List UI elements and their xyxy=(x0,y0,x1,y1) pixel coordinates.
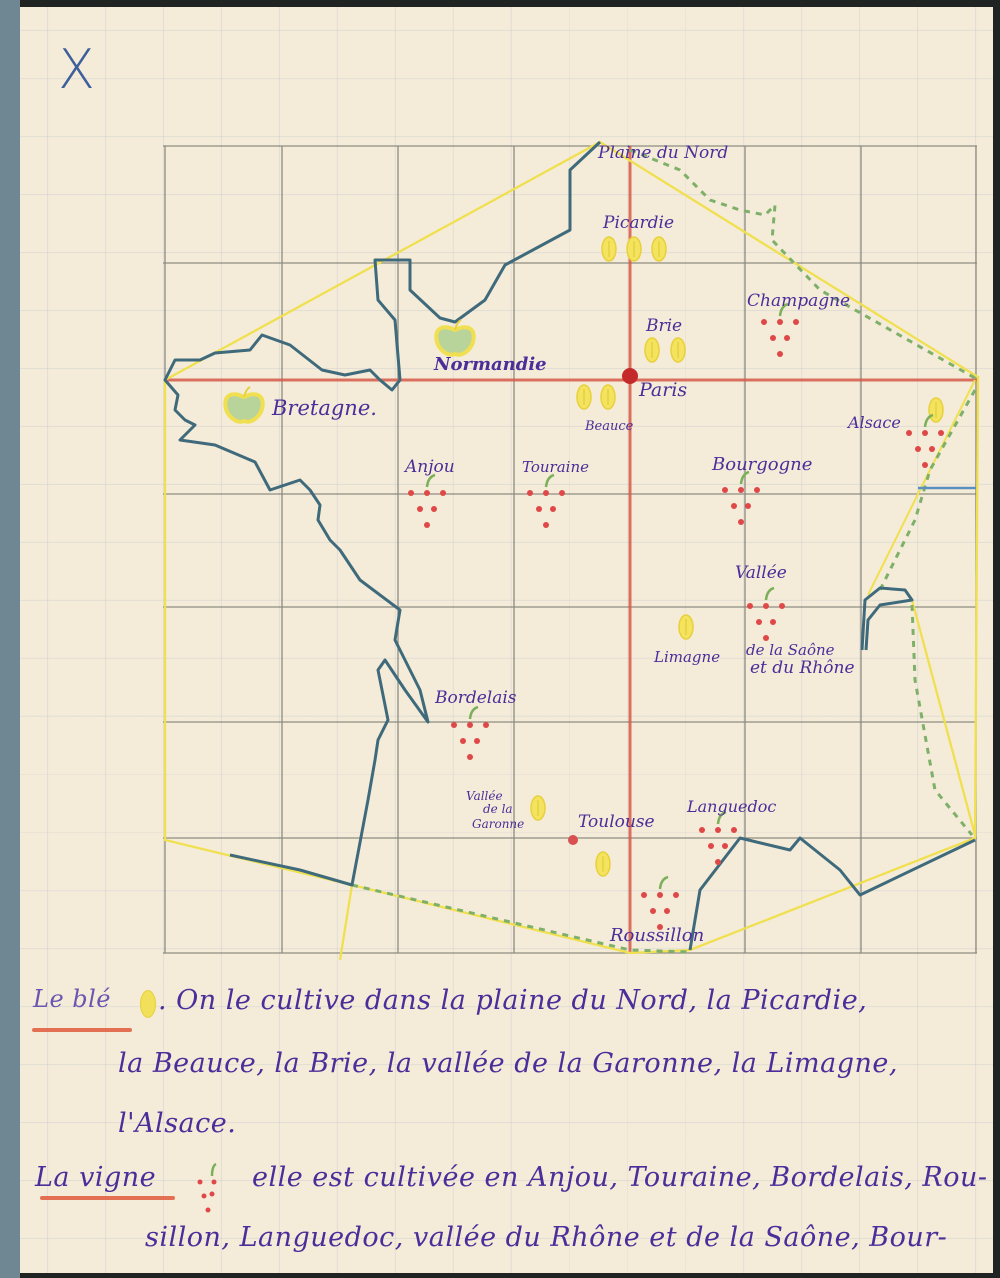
ble-line-1: . On le cultive dans la plaine du Nord, … xyxy=(158,985,867,1016)
label-garonne-1: Vallée xyxy=(466,789,503,803)
label-normandie: Normandie xyxy=(433,354,547,375)
label-bourgogne: Bourgogne xyxy=(711,454,812,475)
label-picardie: Picardie xyxy=(602,213,674,233)
label-brie: Brie xyxy=(645,316,682,336)
label-anjou: Anjou xyxy=(403,457,455,477)
wheat-grain-icon xyxy=(140,990,156,1018)
vigne-line-1: elle est cultivée en Anjou, Touraine, Bo… xyxy=(252,1162,988,1193)
label-vallee-rhone: Vallée xyxy=(735,563,787,583)
vigne-heading: La vigne xyxy=(35,1162,156,1193)
label-bordelais: Bordelais xyxy=(434,688,517,708)
label-plaine-du-nord: Plaine du Nord xyxy=(597,143,728,163)
label-rhone: et du Rhône xyxy=(750,658,855,678)
label-touraine: Touraine xyxy=(522,458,589,476)
paris-axes xyxy=(165,146,978,953)
label-garonne-2: de la xyxy=(483,802,513,816)
ble-heading: Le blé xyxy=(33,985,111,1013)
label-limagne: Limagne xyxy=(653,648,720,666)
label-languedoc: Languedoc xyxy=(686,797,776,816)
label-alsace: Alsace xyxy=(846,413,901,432)
label-champagne: Champagne xyxy=(747,291,850,311)
wheat-grain-icon xyxy=(531,237,943,876)
ble-line-3: l'Alsace. xyxy=(118,1108,236,1139)
france-agriculture-map: Plaine du Nord Picardie Champagne Brie N… xyxy=(0,0,1000,1278)
vigne-underline xyxy=(40,1196,175,1200)
land-border-dashed xyxy=(352,150,975,952)
label-saone: de la Saône xyxy=(746,641,835,659)
label-toulouse: Toulouse xyxy=(578,812,655,832)
label-paris: Paris xyxy=(638,379,687,401)
label-roussillon: Roussillon xyxy=(609,925,704,946)
grape-cluster-icon xyxy=(190,1160,230,1220)
coastline xyxy=(165,142,600,885)
paris-marker xyxy=(622,368,638,384)
toulouse-marker xyxy=(568,835,578,845)
ble-line-2: la Beauce, la Brie, la vallée de la Garo… xyxy=(118,1048,898,1079)
vigne-line-2: sillon, Languedoc, vallée du Rhône et de… xyxy=(145,1222,947,1253)
map-grid xyxy=(163,146,977,953)
ble-underline xyxy=(32,1028,132,1032)
label-bretagne: Bretagne. xyxy=(271,396,377,420)
label-garonne-3: Garonne xyxy=(472,817,524,831)
label-beauce: Beauce xyxy=(584,419,634,434)
